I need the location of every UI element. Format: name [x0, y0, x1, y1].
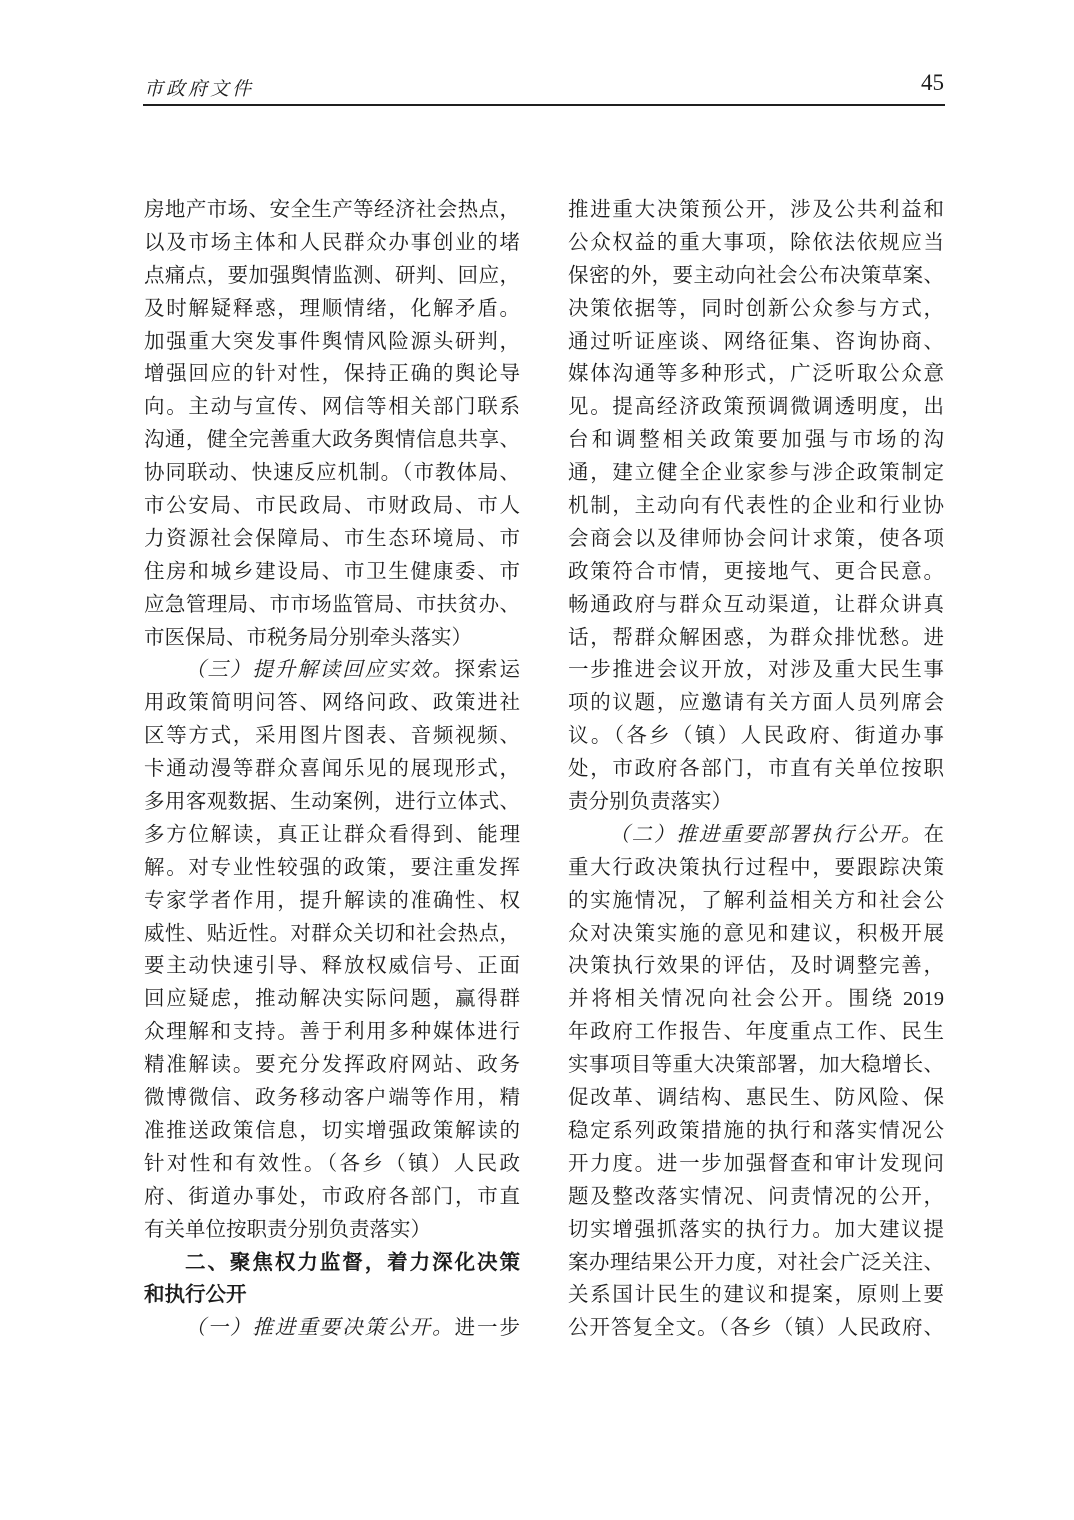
text-segment: 推进重大决策预公开，涉及公共利益和 [568, 199, 944, 221]
text-line: 及时解疑释惑，理顺情绪，化解矛盾。 [144, 293, 520, 326]
text-segment: （三）提升解读回应实效。 [185, 659, 455, 681]
text-segment: 加强重大突发事件舆情风险源头研判， [144, 331, 520, 353]
text-segment: 精准解读。要充分发挥政府网站、政务 [144, 1054, 520, 1076]
text-line: 一步推进会议开放，对涉及重大民生事 [568, 654, 944, 687]
text-line: 区等方式，采用图片图表、音频视频、 [144, 720, 520, 753]
text-line: 台和调整相关政策要加强与市场的沟 [568, 424, 944, 457]
text-line: 精准解读。要充分发挥政府网站、政务 [144, 1049, 520, 1082]
text-segment: 有关单位按职责分别负责落实） [144, 1219, 431, 1241]
text-line: 解。对专业性较强的政策，要注重发挥 [144, 852, 520, 885]
text-line: 众对决策实施的意见和建议，积极开展 [568, 918, 944, 951]
text-segment: 畅通政府与群众互动渠道，让群众讲真 [568, 594, 944, 616]
text-segment: 向。主动与宣传、网信等相关部门联系 [144, 396, 520, 418]
text-segment: 用政策简明问答、网络问政、政策进社 [144, 692, 520, 714]
text-line: 推进重大决策预公开，涉及公共利益和 [568, 194, 944, 227]
text-line: 力资源社会保障局、市生态环境局、市 [144, 523, 520, 556]
text-segment: 微博微信、政务移动客户端等作用，精 [144, 1087, 520, 1109]
text-line: 促改革、调结构、惠民生、防风险、保 [568, 1082, 944, 1115]
text-segment: 多方位解读，真正让群众看得到、能理 [144, 824, 520, 846]
left-column: 房地产市场、安全生产等经济社会热点，以及市场主体和人民群众办事创业的堵点痛点，要… [144, 194, 520, 1345]
text-segment: 解。对专业性较强的政策，要注重发挥 [144, 857, 520, 879]
text-line: 会商会以及律师协会问计求策，使各项 [568, 523, 944, 556]
text-line: 通，建立健全企业家参与涉企政策制定 [568, 457, 944, 490]
text-segment: 点痛点，要加强舆情监测、研判、回应， [144, 265, 520, 287]
text-line: 以及市场主体和人民群众办事创业的堵 [144, 227, 520, 260]
text-segment: 多用客观数据、生动案例，进行立体式、 [144, 791, 520, 813]
text-line: 回应疑虑，推动解决实际问题，赢得群 [144, 983, 520, 1016]
text-line: 准推送政策信息，切实增强政策解读的 [144, 1115, 520, 1148]
text-segment: 通，建立健全企业家参与涉企政策制定 [568, 462, 944, 484]
text-line: 项的议题，应邀请有关方面人员列席会 [568, 687, 944, 720]
text-line: 并将相关情况向社会公开。围绕 2019 [568, 983, 944, 1016]
text-line: 专家学者作用，提升解读的准确性、权 [144, 885, 520, 918]
text-segment: 众理解和支持。善于利用多种媒体进行 [144, 1021, 520, 1043]
text-segment: 题及整改落实情况、问责情况的公开， [568, 1186, 944, 1208]
text-line: 房地产市场、安全生产等经济社会热点， [144, 194, 520, 227]
text-line: 决策依据等，同时创新公众参与方式， [568, 293, 944, 326]
text-segment: 众对决策实施的意见和建议，积极开展 [568, 923, 944, 945]
text-segment: 府、街道办事处，市政府各部门，市直 [144, 1186, 520, 1208]
text-segment: 沟通，健全完善重大政务舆情信息共享、 [144, 429, 520, 451]
text-segment: 威性、贴近性。对群众关切和社会热点， [144, 923, 520, 945]
header-rule [143, 104, 945, 106]
text-line: 关系国计民生的建议和提案，原则上要 [568, 1279, 944, 1312]
text-segment: 促改革、调结构、惠民生、防风险、保 [568, 1087, 944, 1109]
text-segment: 公众权益的重大事项，除依法依规应当 [568, 232, 944, 254]
text-segment: 市公安局、市民政局、市财政局、市人 [144, 495, 520, 517]
text-segment: 通过听证座谈、网络征集、咨询协商、 [568, 331, 944, 353]
text-line: 众理解和支持。善于利用多种媒体进行 [144, 1016, 520, 1049]
text-segment: 房地产市场、安全生产等经济社会热点， [144, 199, 520, 221]
text-line: 的实施情况，了解利益相关方和社会公 [568, 885, 944, 918]
text-segment: 卡通动漫等群众喜闻乐见的展现形式， [144, 758, 520, 780]
text-line: 案办理结果公开力度，对社会广泛关注、 [568, 1247, 944, 1280]
header-doc-type: 市政府文件 [144, 74, 254, 101]
text-segment: 处，市政府各部门，市直有关单位按职 [568, 758, 944, 780]
text-segment: 重大行政决策执行过程中，要跟踪决策 [568, 857, 944, 879]
text-line: 年政府工作报告、年度重点工作、民生 [568, 1016, 944, 1049]
text-segment: 市医保局、市税务局分别牵头落实） [144, 627, 472, 649]
text-line: 要主动快速引导、释放权威信号、正面 [144, 950, 520, 983]
text-segment: 专家学者作用，提升解读的准确性、权 [144, 890, 520, 912]
text-segment: 协同联动、快速反应机制。（市教体局、 [144, 462, 520, 484]
text-segment: 稳定系列政策措施的执行和落实情况公 [568, 1120, 944, 1142]
text-segment: 在 [924, 824, 945, 846]
document-page: 市政府文件 45 房地产市场、安全生产等经济社会热点，以及市场主体和人民群众办事… [0, 0, 1074, 1520]
text-line: （一）推进重要决策公开。进一步 [144, 1312, 520, 1345]
text-segment: 及时解疑释惑，理顺情绪，化解矛盾。 [144, 298, 520, 320]
text-segment: 见。提高经济政策预调微调透明度，出 [568, 396, 944, 418]
text-line: 微博微信、政务移动客户端等作用，精 [144, 1082, 520, 1115]
text-line: 多方位解读，真正让群众看得到、能理 [144, 819, 520, 852]
text-line: 增强回应的针对性，保持正确的舆论导 [144, 358, 520, 391]
text-segment: 和执行公开 [144, 1283, 247, 1306]
right-column: 推进重大决策预公开，涉及公共利益和公众权益的重大事项，除依法依规应当保密的外，要… [568, 194, 944, 1345]
text-segment: 议。（各乡（镇）人民政府、街道办事 [568, 725, 944, 747]
text-line: （二）推进重要部署执行公开。在 [568, 819, 944, 852]
text-line: 话，帮群众解困惑，为群众排忧愁。进 [568, 622, 944, 655]
text-line: 二、聚焦权力监督，着力深化决策 [144, 1247, 520, 1280]
text-segment: 应急管理局、市市场监管局、市扶贫办、 [144, 594, 520, 616]
text-line: 有关单位按职责分别负责落实） [144, 1214, 520, 1247]
text-line: 市公安局、市民政局、市财政局、市人 [144, 490, 520, 523]
text-line: 市医保局、市税务局分别牵头落实） [144, 622, 520, 655]
text-segment: 决策执行效果的评估，及时调整完善， [568, 955, 944, 977]
text-line: 点痛点，要加强舆情监测、研判、回应， [144, 260, 520, 293]
text-segment: 话，帮群众解困惑，为群众排忧愁。进 [568, 627, 944, 649]
text-line: 多用客观数据、生动案例，进行立体式、 [144, 786, 520, 819]
text-line: 通过听证座谈、网络征集、咨询协商、 [568, 326, 944, 359]
text-line: 媒体沟通等多种形式，广泛听取公众意 [568, 358, 944, 391]
text-line: 责分别负责落实） [568, 786, 944, 819]
text-line: 畅通政府与群众互动渠道，让群众讲真 [568, 589, 944, 622]
text-line: 政策符合市情，更接地气、更合民意。 [568, 556, 944, 589]
text-segment: 决策依据等，同时创新公众参与方式， [568, 298, 944, 320]
text-segment: 并将相关情况向社会公开。围绕 2019 [568, 988, 944, 1010]
text-line: 决策执行效果的评估，及时调整完善， [568, 950, 944, 983]
text-line: 沟通，健全完善重大政务舆情信息共享、 [144, 424, 520, 457]
text-segment: 力资源社会保障局、市生态环境局、市 [144, 528, 520, 550]
text-line: （三）提升解读回应实效。探索运 [144, 654, 520, 687]
text-segment: 关系国计民生的建议和提案，原则上要 [568, 1284, 944, 1306]
text-segment: 开力度。进一步加强督查和审计发现问 [568, 1153, 944, 1175]
text-line: 用政策简明问答、网络问政、政策进社 [144, 687, 520, 720]
text-line: 向。主动与宣传、网信等相关部门联系 [144, 391, 520, 424]
text-segment: 台和调整相关政策要加强与市场的沟 [568, 429, 944, 451]
text-segment: 公开答复全文。（各乡（镇）人民政府、 [568, 1317, 944, 1339]
text-segment: 的实施情况，了解利益相关方和社会公 [568, 890, 944, 912]
text-segment: 会商会以及律师协会问计求策，使各项 [568, 528, 944, 550]
text-line: 实事项目等重大决策部署，加大稳增长、 [568, 1049, 944, 1082]
text-line: 开力度。进一步加强督查和审计发现问 [568, 1148, 944, 1181]
text-segment: 切实增强抓落实的执行力。加大建议提 [568, 1219, 944, 1241]
text-line: 机制，主动向有代表性的企业和行业协 [568, 490, 944, 523]
text-segment: 针对性和有效性。（各乡（镇）人民政 [144, 1153, 520, 1175]
text-segment: 要主动快速引导、释放权威信号、正面 [144, 955, 520, 977]
text-line: 重大行政决策执行过程中，要跟踪决策 [568, 852, 944, 885]
text-line: 处，市政府各部门，市直有关单位按职 [568, 753, 944, 786]
text-segment: 二、聚焦权力监督，着力深化决策 [185, 1251, 520, 1274]
text-segment: 责分别负责落实） [568, 791, 732, 813]
text-segment: 实事项目等重大决策部署，加大稳增长、 [568, 1054, 944, 1076]
text-line: 稳定系列政策措施的执行和落实情况公 [568, 1115, 944, 1148]
text-line: 题及整改落实情况、问责情况的公开， [568, 1181, 944, 1214]
text-segment: 区等方式，采用图片图表、音频视频、 [144, 725, 520, 747]
text-segment: 保密的外，要主动向社会公布决策草案、 [568, 265, 944, 287]
text-segment: 机制，主动向有代表性的企业和行业协 [568, 495, 944, 517]
text-line: 公开答复全文。（各乡（镇）人民政府、 [568, 1312, 944, 1345]
text-line: 协同联动、快速反应机制。（市教体局、 [144, 457, 520, 490]
text-line: 公众权益的重大事项，除依法依规应当 [568, 227, 944, 260]
text-segment: 政策符合市情，更接地气、更合民意。 [568, 561, 944, 583]
text-segment: 项的议题，应邀请有关方面人员列席会 [568, 692, 944, 714]
text-line: 府、街道办事处，市政府各部门，市直 [144, 1181, 520, 1214]
text-line: 应急管理局、市市场监管局、市扶贫办、 [144, 589, 520, 622]
text-line: 加强重大突发事件舆情风险源头研判， [144, 326, 520, 359]
text-segment: 回应疑虑，推动解决实际问题，赢得群 [144, 988, 520, 1010]
text-line: 和执行公开 [144, 1279, 520, 1312]
text-segment: 准推送政策信息，切实增强政策解读的 [144, 1120, 520, 1142]
text-segment: （一）推进重要决策公开。 [185, 1317, 455, 1339]
text-segment: 进一步 [455, 1317, 520, 1339]
text-segment: 增强回应的针对性，保持正确的舆论导 [144, 363, 520, 385]
page-number: 45 [880, 70, 944, 96]
text-line: 针对性和有效性。（各乡（镇）人民政 [144, 1148, 520, 1181]
text-line: 威性、贴近性。对群众关切和社会热点， [144, 918, 520, 951]
text-line: 议。（各乡（镇）人民政府、街道办事 [568, 720, 944, 753]
text-segment: 案办理结果公开力度，对社会广泛关注、 [568, 1252, 944, 1274]
text-line: 卡通动漫等群众喜闻乐见的展现形式， [144, 753, 520, 786]
text-line: 保密的外，要主动向社会公布决策草案、 [568, 260, 944, 293]
text-segment: 媒体沟通等多种形式，广泛听取公众意 [568, 363, 944, 385]
text-segment: 以及市场主体和人民群众办事创业的堵 [144, 232, 520, 254]
text-line: 见。提高经济政策预调微调透明度，出 [568, 391, 944, 424]
text-segment: 探索运 [455, 659, 520, 681]
text-line: 住房和城乡建设局、市卫生健康委、市 [144, 556, 520, 589]
text-line: 切实增强抓落实的执行力。加大建议提 [568, 1214, 944, 1247]
text-segment: 年政府工作报告、年度重点工作、民生 [568, 1021, 944, 1043]
text-segment: 住房和城乡建设局、市卫生健康委、市 [144, 561, 520, 583]
text-segment: 一步推进会议开放，对涉及重大民生事 [568, 659, 944, 681]
text-segment: （二）推进重要部署执行公开。 [609, 824, 924, 846]
